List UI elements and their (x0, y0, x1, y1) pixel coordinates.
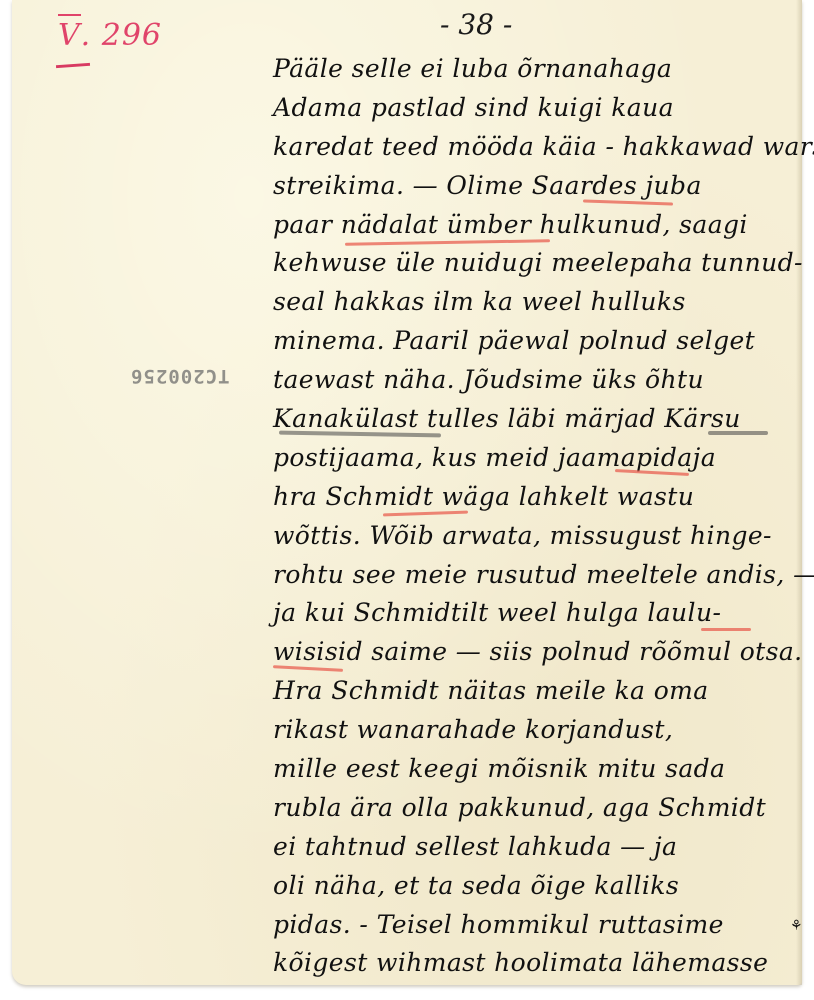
page-number: - 38 - (440, 8, 512, 41)
archive-mark-underline (56, 63, 90, 68)
text-line: Pääle selle ei luba õrnanahaga (273, 50, 803, 89)
archive-number: . 296 (81, 18, 162, 53)
red-underline-laulu (701, 628, 751, 631)
text-line: pidas. - Teisel hommikul ruttasime (273, 906, 803, 945)
text-line: paar nädalat ümber hulkunud, saagi (273, 206, 803, 245)
text-line: seal hakkas ilm ka weel hulluks (273, 283, 803, 322)
red-underline-saardes (583, 199, 673, 205)
text-line: Kanakülast tulles läbi märjad Kärsu (273, 400, 803, 439)
text-line: postijaama, kus meid jaamapidaja (273, 439, 803, 478)
text-line: ja kui Schmidtilt weel hulga laulu- (273, 594, 803, 633)
text-line: rubla ära olla pakkunud, aga Schmidt (273, 789, 803, 828)
continuation-mark-icon: ⚘ (790, 918, 803, 934)
text-line: rikast wanarahade korjandust, (273, 711, 803, 750)
text-line: rohtu see meie rusutud meeltele andis, — (273, 556, 803, 595)
text-line: minema. Paaril päewal polnud selget (273, 322, 803, 361)
text-line: karedat teed mööda käia - hakkawad warst… (273, 128, 803, 167)
grey-underline-karsu (708, 431, 768, 435)
text-line: taewast näha. Jõudsime üks õhtu (273, 361, 803, 400)
text-line: oli näha, et ta seda õige kalliks (273, 867, 803, 906)
text-line: streikima. — Olime Saardes juba (273, 167, 803, 206)
manuscript-text: Pääle selle ei luba õrnanahaga Adama pas… (273, 50, 803, 983)
text-line: kehwuse üle nuidugi meelepaha tunnud- (273, 244, 803, 283)
archive-reference-mark: V. 296 (58, 14, 162, 53)
text-line: wõttis. Wõib arwata, missugust hinge- (273, 517, 803, 556)
red-underline-wisisid (273, 666, 343, 673)
text-line: ei tahtnud sellest lahkuda — ja (273, 828, 803, 867)
archive-stamp: TC200256 (130, 365, 230, 387)
text-line: kõigest wihmast hoolimata lähemasse (273, 944, 803, 983)
red-underline-schmidt (383, 510, 468, 516)
archive-roman-numeral: V (58, 14, 81, 53)
text-line: Hra Schmidt näitas meile ka oma (273, 672, 803, 711)
text-line: mille eest keegi mõisnik mitu sada (273, 750, 803, 789)
text-line: Adama pastlad sind kuigi kaua (273, 89, 803, 128)
text-line: hra Schmidt wäga lahkelt wastu (273, 478, 803, 517)
text-line: wisisid saime — siis polnud rõõmul otsa. (273, 633, 803, 672)
